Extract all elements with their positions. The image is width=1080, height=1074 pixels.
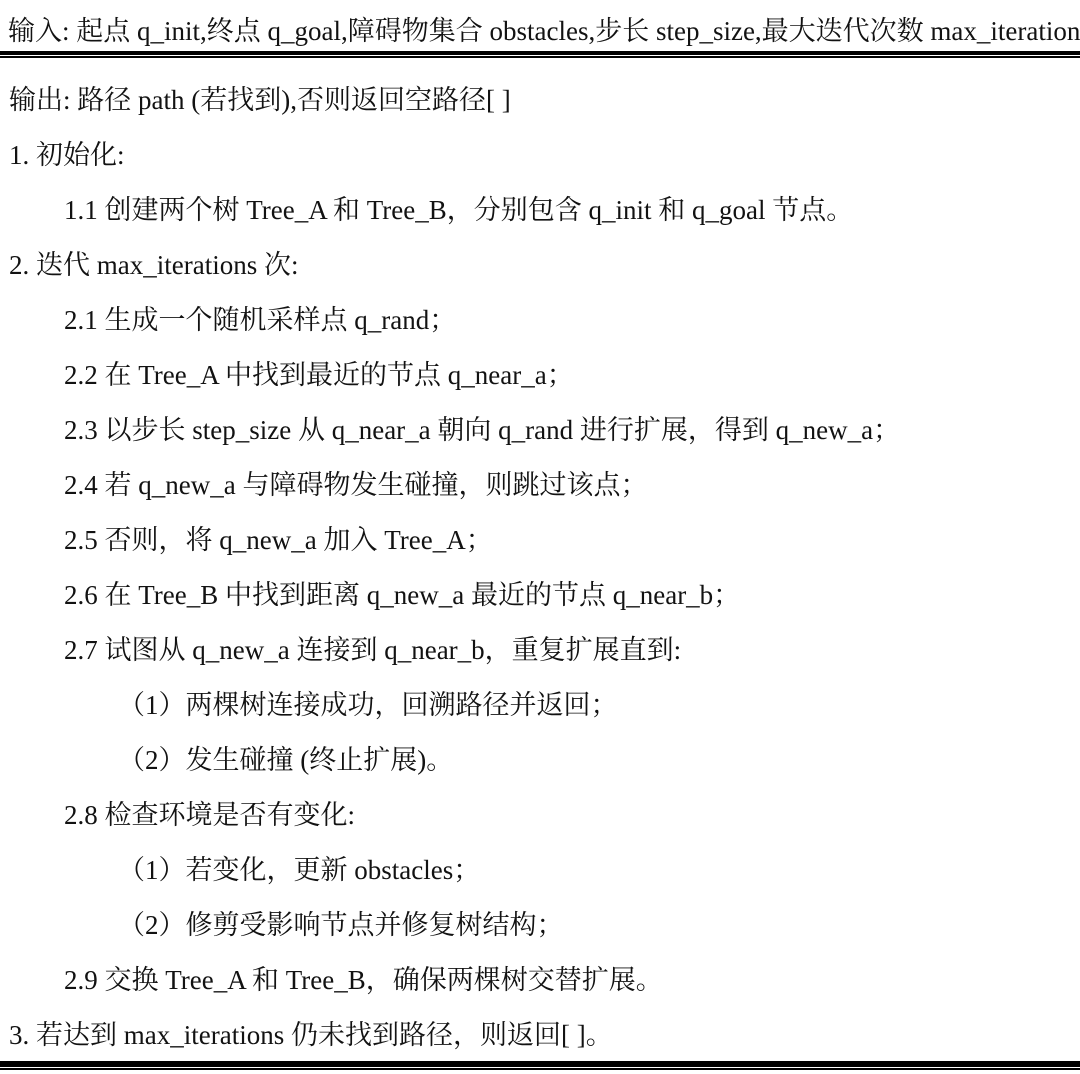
pseudocode-line-3: 3. 若达到 max_iterations 仍未找到路径，则返回[ ]。 — [0, 1005, 1080, 1060]
bottom-border-rule — [0, 1061, 1080, 1070]
pseudocode-document: 输入: 起点 q_init,终点 q_goal,障碍物集合 obstacles,… — [0, 0, 1080, 1074]
pseudocode-line-2-7-2: （2）发生碰撞 (终止扩展)。 — [0, 730, 1080, 785]
pseudocode-line-1: 1. 初始化: — [0, 125, 1080, 180]
pseudocode-line-2-8: 2.8 检查环境是否有变化: — [0, 785, 1080, 840]
input-header-line: 输入: 起点 q_init,终点 q_goal,障碍物集合 obstacles,… — [0, 0, 1080, 51]
pseudocode-line-2-4: 2.4 若 q_new_a 与障碍物发生碰撞，则跳过该点； — [0, 455, 1080, 510]
pseudocode-line-output: 输出: 路径 path (若找到),否则返回空路径[ ] — [0, 70, 1080, 125]
pseudocode-line-2-7-1: （1）两棵树连接成功，回溯路径并返回； — [0, 675, 1080, 730]
pseudocode-line-2-9: 2.9 交换 Tree_A 和 Tree_B，确保两棵树交替扩展。 — [0, 950, 1080, 1005]
pseudocode-line-2-1: 2.1 生成一个随机采样点 q_rand； — [0, 290, 1080, 345]
pseudocode-line-2-8-1: （1）若变化，更新 obstacles； — [0, 840, 1080, 895]
pseudocode-line-2-2: 2.2 在 Tree_A 中找到最近的节点 q_near_a； — [0, 345, 1080, 400]
pseudocode-line-2-7: 2.7 试图从 q_new_a 连接到 q_near_b，重复扩展直到: — [0, 620, 1080, 675]
pseudocode-line-2-8-2: （2）修剪受影响节点并修复树结构； — [0, 895, 1080, 950]
pseudocode-line-2-3: 2.3 以步长 step_size 从 q_near_a 朝向 q_rand 进… — [0, 400, 1080, 455]
pseudocode-body: 输出: 路径 path (若找到),否则返回空路径[ ] 1. 初始化: 1.1… — [0, 58, 1080, 1060]
pseudocode-line-2-6: 2.6 在 Tree_B 中找到距离 q_new_a 最近的节点 q_near_… — [0, 565, 1080, 620]
pseudocode-line-2-5: 2.5 否则，将 q_new_a 加入 Tree_A； — [0, 510, 1080, 565]
pseudocode-line-2: 2. 迭代 max_iterations 次: — [0, 235, 1080, 290]
header-divider-rule — [0, 51, 1080, 58]
pseudocode-line-1-1: 1.1 创建两个树 Tree_A 和 Tree_B，分别包含 q_init 和 … — [0, 180, 1080, 235]
